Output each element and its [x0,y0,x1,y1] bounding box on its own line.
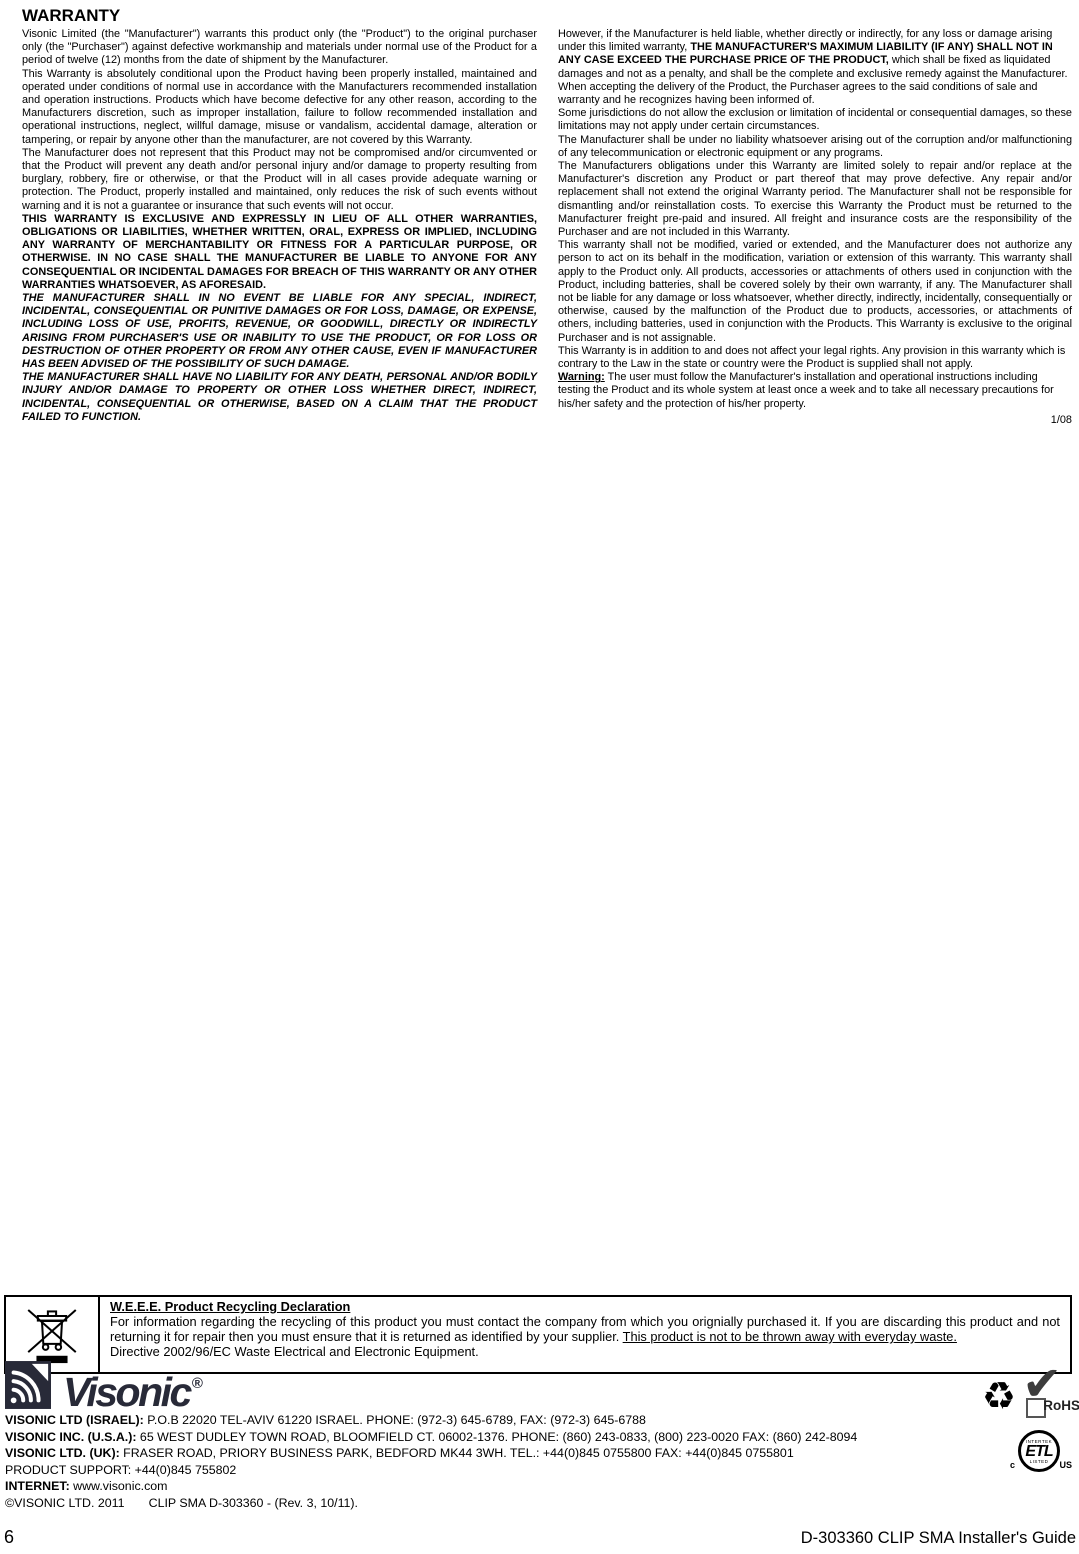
footer-doc-title: D-303360 CLIP SMA Installer's Guide [801,1528,1076,1548]
warranty-paragraph: This Warranty is in addition to and does… [558,345,1072,371]
text-run: The Manufacturers obligations under this… [558,160,1072,238]
warranty-right-paragraphs: However, if the Manufacturer is held lia… [558,28,1072,411]
text-run: When accepting the delivery of the Produ… [558,81,1037,106]
recycling-arrows-icon: ♻ [982,1374,1016,1418]
etl-listed-label: LISTED [1030,1459,1049,1464]
document-page: { "warranty": { "title": "WARRANTY", "re… [0,0,1079,1554]
warranty-paragraph: THE MANUFACTURER SHALL IN NO EVENT BE LI… [22,292,537,371]
logo-wordmark: Visonic® [63,1361,203,1415]
visonic-logo: Visonic® [5,1361,203,1415]
company-info-text: 65 WEST DUDLEY TOWN ROAD, BLOOMFIELD CT.… [136,1430,857,1444]
weee-directive-text: Directive 2002/96/EC Waste Electrical an… [110,1344,1060,1359]
weee-crossed-out-bin-icon [23,1300,81,1369]
warranty-paragraph: THIS WARRANTY IS EXCLUSIVE AND EXPRESSLY… [22,213,537,292]
company-info-text: www.visonic.com [70,1479,168,1493]
rohs-mark: ✔ RoHS [1024,1372,1078,1424]
text-run: This Warranty is in addition to and does… [558,345,1065,370]
company-info-line: PRODUCT SUPPORT: +44(0)845 755802 [5,1462,857,1479]
revision-label: 1/08 [558,414,1072,426]
company-info-text: ©VISONIC LTD. 2011 CLIP SMA D-303360 - (… [5,1496,358,1510]
warranty-paragraph: This warranty shall not be modified, var… [558,239,1072,345]
warranty-left-paragraphs: Visonic Limited (the "Manufacturer") war… [22,28,537,424]
etl-listed-mark: c INTERTEK ETL LISTED US [1010,1428,1072,1484]
weee-title: W.E.E.E. Product Recycling Declaration [110,1299,1060,1314]
warranty-paragraph: However, if the Manufacturer is held lia… [558,28,1072,81]
text-run: The Manufacturer shall be under no liabi… [558,134,1072,159]
company-contact-info: VISONIC LTD (ISRAEL): P.O.B 22020 TEL-AV… [5,1412,857,1512]
text-run: Some jurisdictions do not allow the excl… [558,107,1072,132]
certification-marks: ♻ ✔ RoHS [982,1372,1078,1424]
text-run: The user must follow the Manufacturer's … [558,371,1054,409]
company-info-text: P.O.B 22020 TEL-AVIV 61220 ISRAEL. PHONE… [144,1413,646,1427]
company-info-text: PRODUCT SUPPORT: +44(0)845 755802 [5,1463,236,1477]
text-run: Warning: [558,371,605,383]
text-run: THIS WARRANTY IS EXCLUSIVE AND EXPRESSLY… [22,213,537,291]
warranty-paragraph: The Manufacturers obligations under this… [558,160,1072,239]
warranty-paragraph: Some jurisdictions do not allow the excl… [558,107,1072,133]
registered-trademark-symbol: ® [192,1375,203,1392]
etl-c-label: c [1010,1460,1015,1470]
text-run: Visonic Limited (the "Manufacturer") war… [22,28,537,66]
text-run: THE MANUFACTURER SHALL HAVE NO LIABILITY… [22,371,537,423]
company-info-line: ©VISONIC LTD. 2011 CLIP SMA D-303360 - (… [5,1495,857,1512]
warranty-paragraph: Warning: The user must follow the Manufa… [558,371,1072,411]
etl-us-label: US [1059,1460,1072,1470]
warranty-paragraph: THE MANUFACTURER SHALL HAVE NO LIABILITY… [22,371,537,424]
company-info-line: VISONIC INC. (U.S.A.): 65 WEST DUDLEY TO… [5,1429,857,1446]
warranty-paragraph: This Warranty is absolutely conditional … [22,68,537,147]
warranty-paragraph: The Manufacturer does not represent that… [22,147,537,213]
company-info-label: VISONIC LTD (ISRAEL): [5,1413,144,1427]
warranty-paragraph: When accepting the delivery of the Produ… [558,81,1072,107]
text-run: This product is not to be thrown away wi… [623,1329,957,1344]
warranty-paragraph: The Manufacturer shall be under no liabi… [558,134,1072,160]
company-info-label: VISONIC INC. (U.S.A.): [5,1430,136,1444]
warranty-left-column: WARRANTY Visonic Limited (the "Manufactu… [22,6,537,426]
text-run: The Manufacturer does not represent that… [22,147,537,212]
company-info-label: VISONIC LTD. (UK): [5,1446,120,1460]
company-info-line: VISONIC LTD (ISRAEL): P.O.B 22020 TEL-AV… [5,1412,857,1429]
company-info-text: FRASER ROAD, PRIORY BUSINESS PARK, BEDFO… [120,1446,794,1460]
rohs-label: RoHS [1043,1398,1079,1413]
etl-circle-icon: INTERTEK ETL LISTED [1018,1430,1060,1472]
company-info-line: INTERNET: www.visonic.com [5,1478,857,1495]
warranty-paragraph: Visonic Limited (the "Manufacturer") war… [22,28,537,68]
warranty-right-column: However, if the Manufacturer is held lia… [558,6,1072,426]
text-run: THE MANUFACTURER SHALL IN NO EVENT BE LI… [22,292,537,370]
warranty-section: WARRANTY Visonic Limited (the "Manufactu… [22,6,1072,426]
page-number: 6 [4,1526,14,1548]
text-run: This warranty shall not be modified, var… [558,239,1072,343]
visonic-radio-waves-icon [5,1361,51,1414]
company-info-line: VISONIC LTD. (UK): FRASER ROAD, PRIORY B… [5,1445,857,1462]
company-info-label: INTERNET: [5,1479,70,1493]
weee-body-text: For information regarding the recycling … [110,1314,1060,1344]
etl-label: ETL [1025,1444,1052,1459]
weee-content: W.E.E.E. Product Recycling Declaration F… [100,1297,1070,1372]
text-run: This Warranty is absolutely conditional … [22,68,537,146]
warranty-title: WARRANTY [22,6,537,25]
